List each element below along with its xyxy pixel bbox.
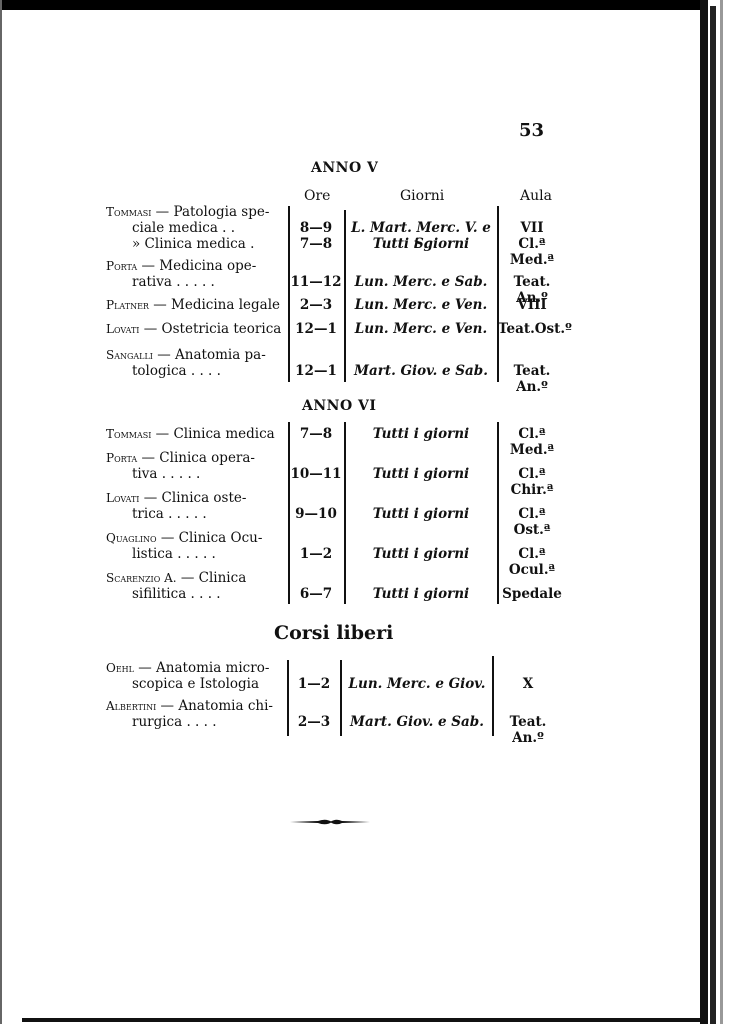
course-name: — Medicina ope- bbox=[142, 258, 257, 274]
hours: 8—9 bbox=[288, 220, 344, 236]
course-name-continued: tiva . . . . . bbox=[106, 466, 286, 482]
room: Cl.ª Ost.ª bbox=[498, 506, 566, 538]
days: Tutti i giorni bbox=[346, 236, 496, 252]
room: Spedale bbox=[498, 586, 566, 602]
course-name-continued: listica . . . . . bbox=[106, 546, 286, 562]
days: Lun. Merc. e Ven. bbox=[346, 321, 496, 337]
hours: 11—12 bbox=[288, 274, 344, 290]
days: Mart. Giov. e Sab. bbox=[342, 714, 492, 730]
room: Teat. An.º bbox=[494, 714, 562, 746]
room: Cl.ª Ocul.ª bbox=[498, 546, 566, 578]
room: Teat.Ost.º bbox=[498, 321, 566, 337]
hours: 12—1 bbox=[288, 363, 344, 379]
days: Lun. Merc. e Ven. bbox=[346, 297, 496, 313]
hours: 9—10 bbox=[288, 506, 344, 522]
room: Teat. An.º bbox=[498, 363, 566, 395]
column-header-aula: Aula bbox=[520, 188, 552, 204]
course-name: — Clinica bbox=[181, 570, 246, 586]
days: Tutti i giorni bbox=[346, 506, 496, 522]
room: X bbox=[494, 676, 562, 692]
section-heading-anno-v: ANNO V bbox=[311, 160, 378, 176]
course-name: — Patologia spe- bbox=[156, 204, 270, 220]
room: Cl.ª Med.ª bbox=[498, 426, 566, 458]
column-header-ore: Ore bbox=[304, 188, 330, 204]
professor-name: Tommasi bbox=[106, 427, 151, 441]
course-name: — Medicina legale bbox=[153, 297, 280, 313]
course-name: — Clinica Ocu- bbox=[161, 530, 263, 546]
professor-name: Albertini bbox=[106, 699, 156, 713]
professor-name: Platner bbox=[106, 298, 149, 312]
course-name: — Anatomia chi- bbox=[161, 698, 273, 714]
professor-name: Sangalli bbox=[106, 348, 153, 362]
hours: 12—1 bbox=[288, 321, 344, 337]
course-name-continued: scopica e Istologia bbox=[106, 676, 286, 692]
section-heading-corsi-liberi: Corsi liberi bbox=[274, 622, 393, 644]
scan-top-edge bbox=[0, 0, 700, 10]
room: Cl.ª Med.ª bbox=[498, 236, 566, 268]
hours: 7—8 bbox=[288, 236, 344, 252]
course-name-continued: trica . . . . . bbox=[106, 506, 286, 522]
hours: 10—11 bbox=[288, 466, 344, 482]
professor-name: Tommasi bbox=[106, 205, 151, 219]
professor-name: Quaglino bbox=[106, 531, 157, 545]
course-name: — Anatomia pa- bbox=[157, 347, 266, 363]
course-name-continued: tologica . . . . bbox=[106, 363, 286, 379]
page-number: 53 bbox=[519, 120, 544, 141]
hours: 6—7 bbox=[288, 586, 344, 602]
hours: 2—3 bbox=[286, 714, 342, 730]
course-name-continued: ciale medica . . bbox=[106, 220, 286, 236]
professor-name: Porta bbox=[106, 259, 137, 273]
course-name: — Clinica oste- bbox=[144, 490, 247, 506]
days: Tutti i giorni bbox=[346, 466, 496, 482]
days: Tutti i giorni bbox=[346, 426, 496, 442]
days: Tutti i giorni bbox=[346, 586, 496, 602]
course-name: — Clinica medica bbox=[156, 426, 275, 442]
section-heading-anno-vi: ANNO VI bbox=[302, 398, 376, 414]
course-name-continued: rurgica . . . . bbox=[106, 714, 286, 730]
book-binding-edge bbox=[696, 0, 732, 1024]
ornament-divider-icon bbox=[290, 818, 370, 826]
professor-name: Scarenzio A. bbox=[106, 571, 177, 585]
course-name-continued: » Clinica medica . bbox=[106, 236, 286, 252]
course-name: — Anatomia micro- bbox=[138, 660, 269, 676]
scan-left-edge bbox=[0, 0, 2, 1024]
column-header-giorni: Giorni bbox=[400, 188, 444, 204]
hours: 7—8 bbox=[288, 426, 344, 442]
days: Tutti i giorni bbox=[346, 546, 496, 562]
professor-name: Lovati bbox=[106, 322, 139, 336]
professor-name: Oehl bbox=[106, 661, 134, 675]
days: Mart. Giov. e Sab. bbox=[346, 363, 496, 379]
days: Lun. Merc. e Sab. bbox=[346, 274, 496, 290]
scan-bottom-edge bbox=[22, 1018, 702, 1022]
hours: 2—3 bbox=[288, 297, 344, 313]
hours: 1—2 bbox=[288, 546, 344, 562]
room: VIII bbox=[498, 297, 566, 313]
room: VII bbox=[498, 220, 566, 236]
course-name: — Ostetricia teorica bbox=[144, 321, 282, 337]
professor-name: Lovati bbox=[106, 491, 139, 505]
days: Lun. Merc. e Giov. bbox=[342, 676, 492, 692]
course-name-continued: sifilitica . . . . bbox=[106, 586, 286, 602]
hours: 1—2 bbox=[286, 676, 342, 692]
professor-name: Porta bbox=[106, 451, 137, 465]
room: Cl.ª Chir.ª bbox=[498, 466, 566, 498]
course-name: — Clinica opera- bbox=[142, 450, 256, 466]
course-name-continued: rativa . . . . . bbox=[106, 274, 286, 290]
